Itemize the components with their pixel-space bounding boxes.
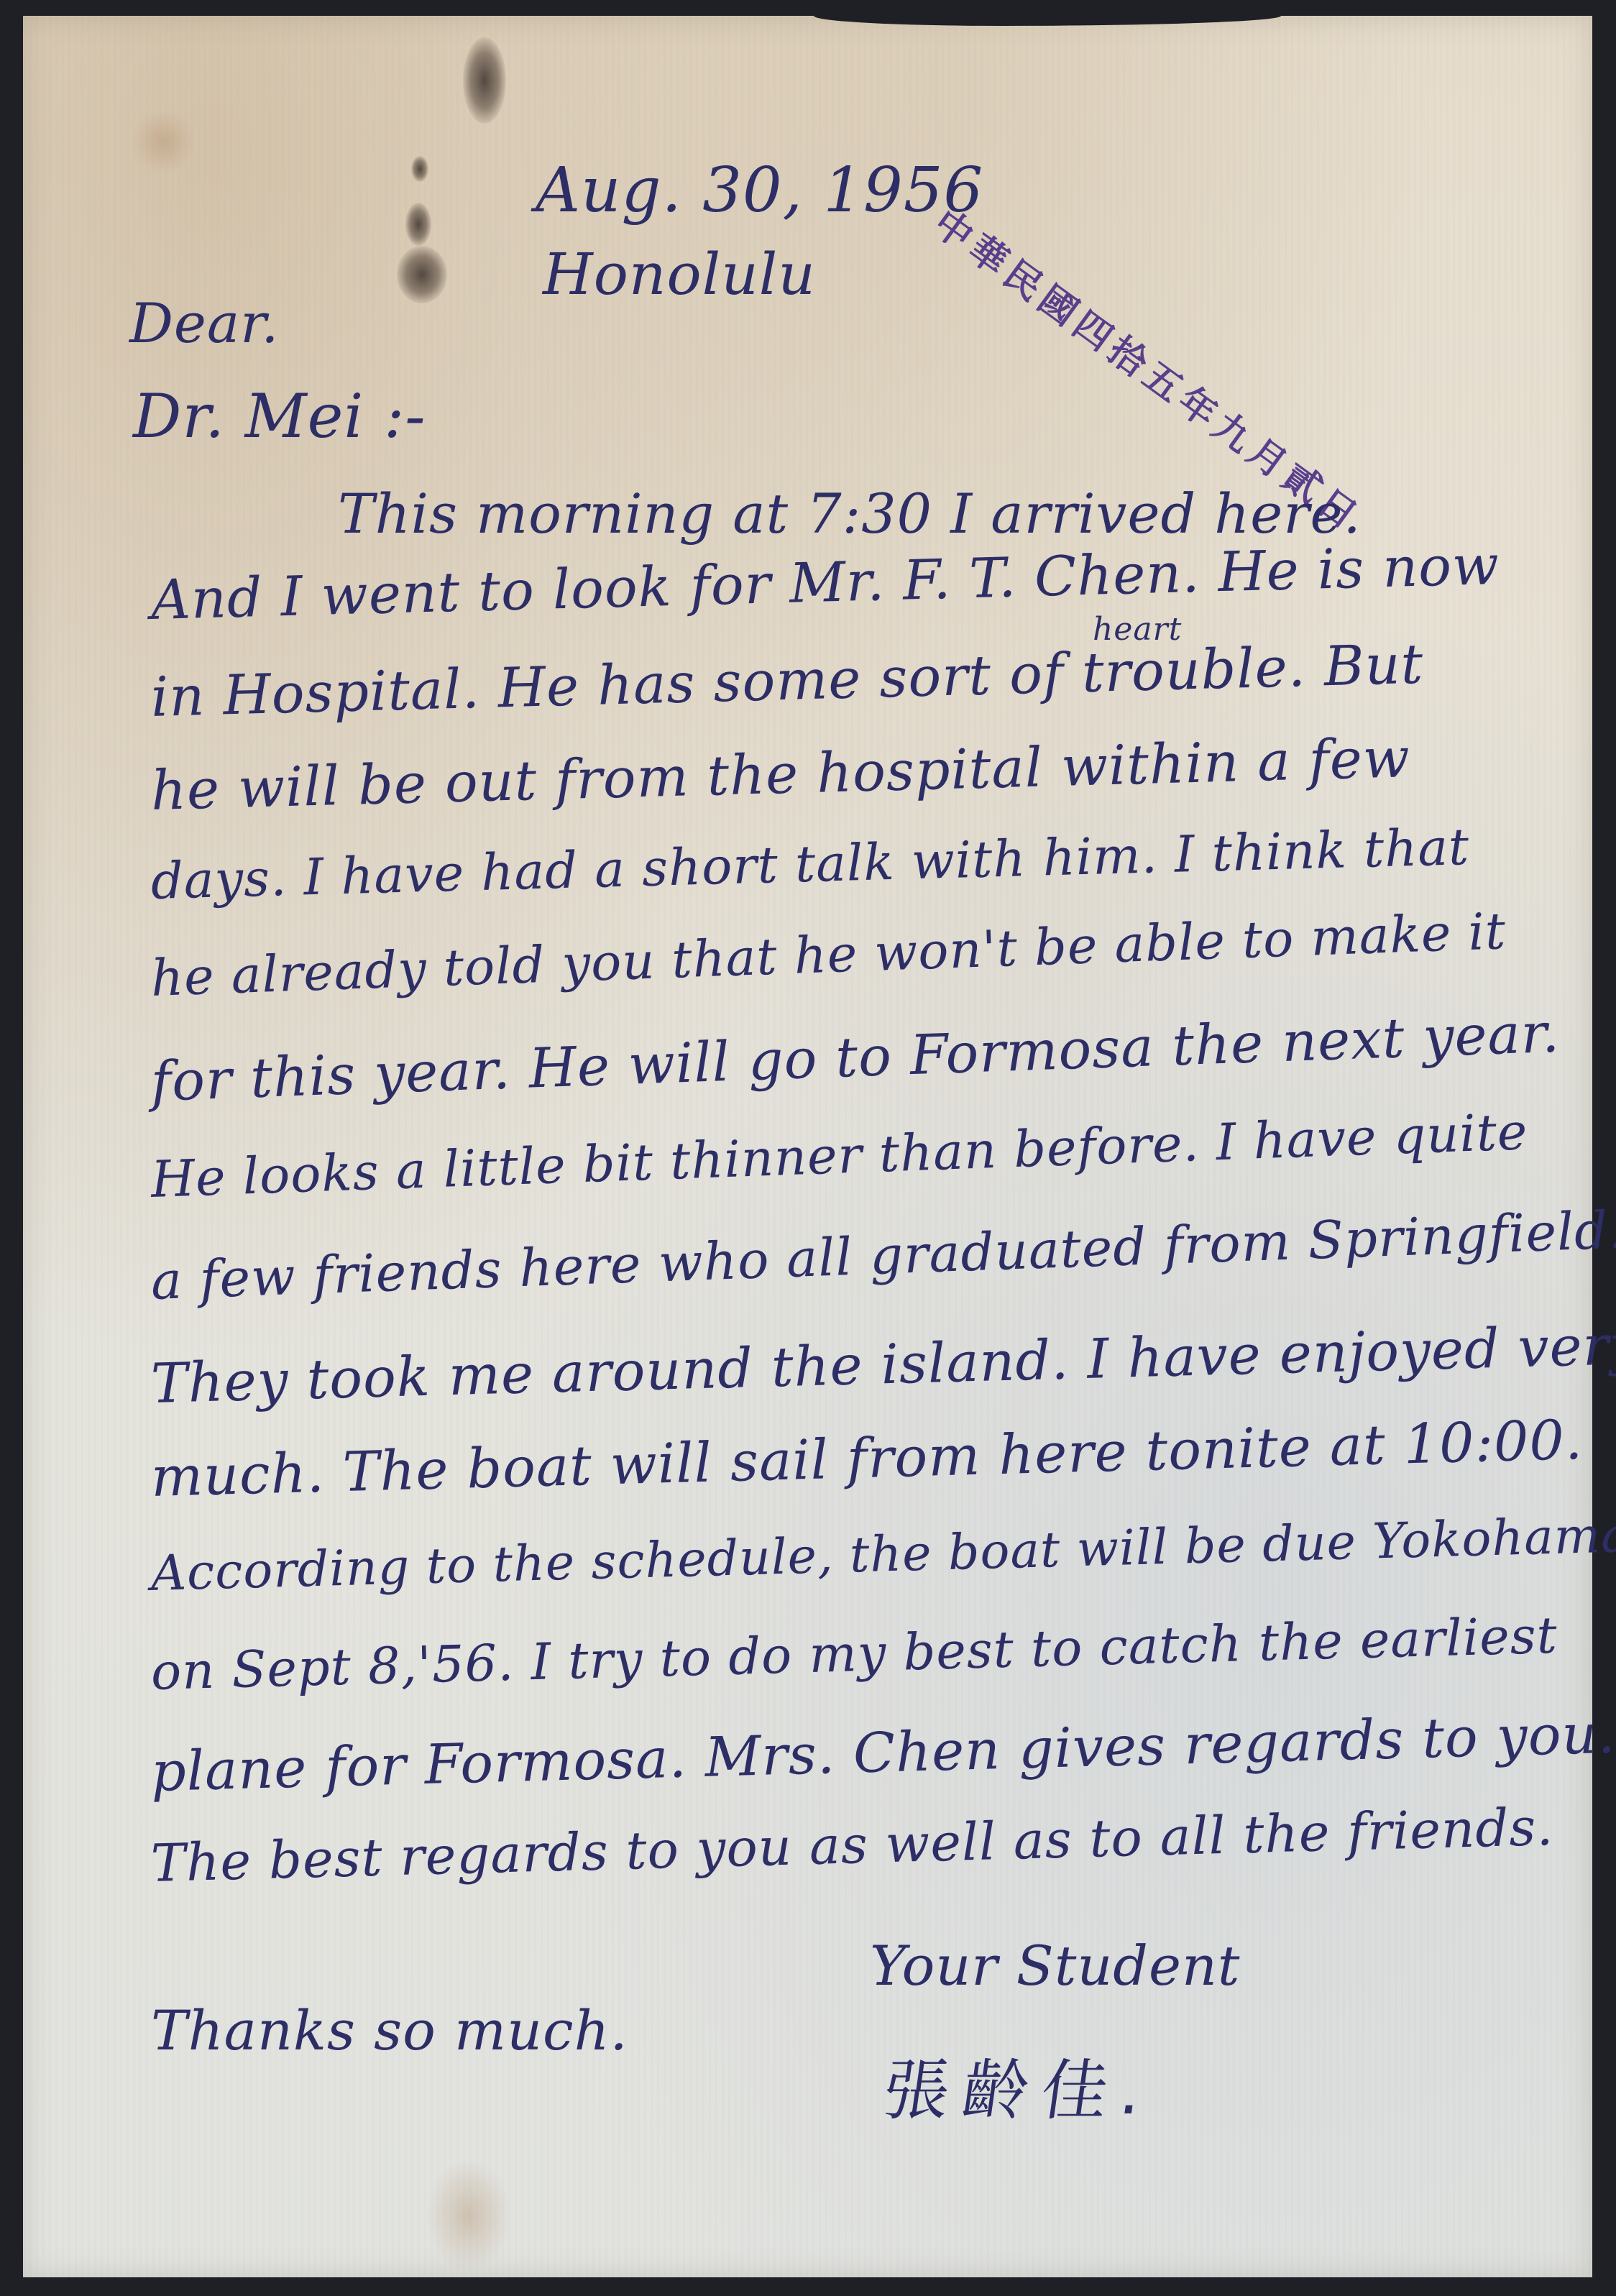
body-line-16: Thanks so much. — [151, 1998, 628, 2062]
letter-date: Aug. 30, 1956 — [536, 155, 983, 226]
stain — [131, 109, 196, 174]
salutation-name: Dr. Mei :- — [133, 381, 426, 451]
body-line-1: This morning at 7:30 I arrived here. — [338, 482, 1362, 546]
stain — [426, 2158, 512, 2273]
ink-blot — [411, 156, 428, 182]
salutation-dear: Dear. — [129, 291, 279, 355]
ink-blot — [405, 203, 431, 246]
torn-edge — [814, 16, 1281, 26]
signature: 張齡佳. — [878, 2038, 1162, 2133]
ink-blot — [397, 246, 447, 303]
ink-blot — [463, 37, 506, 124]
closing: Your Student — [870, 1934, 1240, 1998]
letter-place: Honolulu — [543, 241, 816, 308]
